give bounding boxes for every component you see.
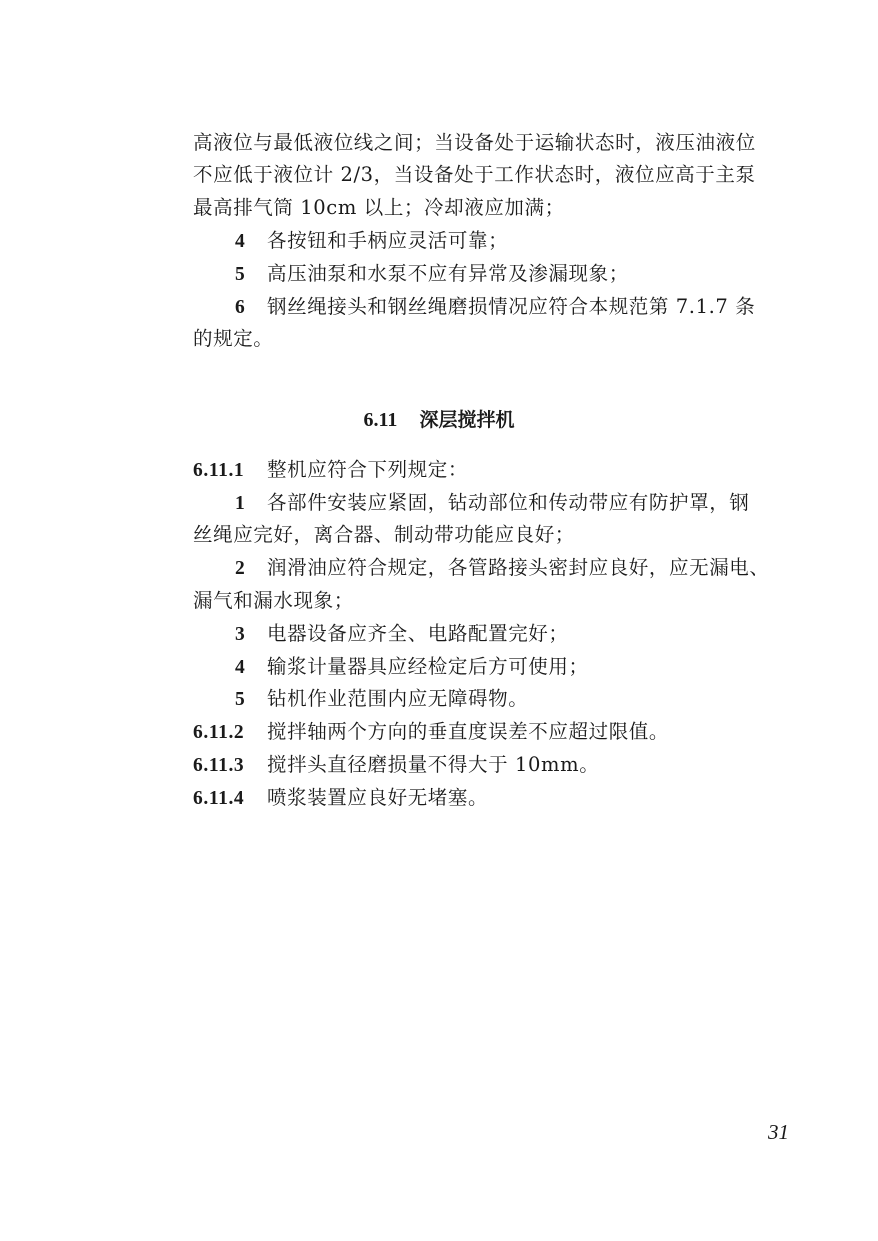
clause: 6.11.2搅拌轴两个方向的垂直度误差不应超过限值。 [193,720,669,745]
list-item: 4输浆计量器具应经检定后方可使用； [235,655,589,680]
section-heading: 6.11深层搅拌机 [0,405,878,432]
clause-text: 搅拌头直径磨损量不得大于 10mm。 [267,753,599,776]
clause-number: 6.11.3 [193,754,267,778]
item-text: 输浆计量器具应经检定后方可使用； [267,655,589,678]
body-text-line: 高液位与最低液位线之间；当设备处于运输状态时，液压油液位 [193,131,756,155]
section-title: 深层搅拌机 [419,409,514,431]
clause-text: 整机应符合下列规定： [267,458,468,481]
clause: 6.11.1整机应符合下列规定： [193,458,468,483]
list-item: 4各按钮和手柄应灵活可靠； [235,229,508,254]
clause-text: 搅拌轴两个方向的垂直度误差不应超过限值。 [267,720,669,743]
body-text-line: 不应低于液位计 2/3，当设备处于工作状态时，液位应高于主泵 [193,163,756,187]
item-text: 各按钮和手柄应灵活可靠； [267,229,508,252]
item-text: 各部件安装应紧固，钻动部位和传动带应有防护罩，钢 [267,491,749,514]
item-text: 电器设备应齐全、电路配置完好； [267,622,569,645]
clause-number: 6.11.2 [193,721,267,745]
clause-text: 喷浆装置应良好无堵塞。 [267,786,488,809]
clause: 6.11.4喷浆装置应良好无堵塞。 [193,786,488,811]
section-number: 6.11 [364,409,398,431]
clause-number: 6.11.1 [193,459,267,483]
page-number: 31 [768,1120,789,1145]
item-text: 钢丝绳接头和钢丝绳磨损情况应符合本规范第 7.1.7 条 [267,295,755,318]
item-text-continued: 丝绳应完好，离合器、制动带功能应良好； [193,523,575,547]
item-number: 2 [235,557,267,581]
item-number: 4 [235,230,267,254]
item-number: 5 [235,688,267,712]
item-number: 1 [235,492,267,516]
list-item: 6钢丝绳接头和钢丝绳磨损情况应符合本规范第 7.1.7 条 [235,295,755,320]
item-number: 4 [235,656,267,680]
clause: 6.11.3搅拌头直径磨损量不得大于 10mm。 [193,753,599,778]
item-text-continued: 的规定。 [193,327,273,351]
list-item: 1各部件安装应紧固，钻动部位和传动带应有防护罩，钢 [235,491,749,516]
item-number: 5 [235,263,267,287]
body-text-line: 最高排气筒 10cm 以上；冷却液应加满； [193,196,565,220]
list-item: 5高压油泵和水泵不应有异常及渗漏现象； [235,262,629,287]
list-item: 2润滑油应符合规定，各管路接头密封应良好，应无漏电、 [235,556,770,581]
item-text: 润滑油应符合规定，各管路接头密封应良好，应无漏电、 [267,556,770,579]
item-text: 钻机作业范围内应无障碍物。 [267,687,528,710]
list-item: 5钻机作业范围内应无障碍物。 [235,687,528,712]
item-text: 高压油泵和水泵不应有异常及渗漏现象； [267,262,629,285]
list-item: 3电器设备应齐全、电路配置完好； [235,622,569,647]
item-number: 3 [235,623,267,647]
item-number: 6 [235,296,267,320]
item-text-continued: 漏气和漏水现象； [193,589,354,613]
clause-number: 6.11.4 [193,787,267,811]
